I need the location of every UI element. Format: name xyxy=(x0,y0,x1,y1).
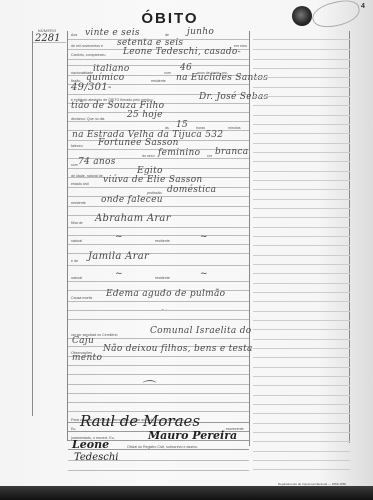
signature-declarante-1: Leone xyxy=(72,438,109,451)
rule xyxy=(68,244,249,245)
right-rule xyxy=(253,301,350,302)
field-value-pai: Abraham Arar xyxy=(95,213,171,224)
rule xyxy=(68,235,249,236)
page-mark: 4 xyxy=(361,3,365,10)
right-rule xyxy=(253,423,350,424)
field-value-profissao-falecido: doméstica xyxy=(167,185,216,195)
right-rule xyxy=(253,199,350,200)
right-rule xyxy=(253,77,350,78)
rule xyxy=(68,281,249,282)
right-rule xyxy=(253,161,350,162)
field-value-observacoes: Não deixou filhos, bens e testa- xyxy=(103,344,256,354)
rule xyxy=(68,301,249,302)
field-value-medico: Dr. José Sebas- xyxy=(199,92,272,102)
field-value-mes: junho xyxy=(187,27,214,37)
field-label: residente xyxy=(71,201,86,205)
right-rule xyxy=(253,217,350,218)
field-label: filha de xyxy=(71,221,83,225)
field-value-dash: ~ xyxy=(115,269,123,279)
left-margin-line xyxy=(32,31,33,416)
field-value-cemiterio: Comunal Israelita do xyxy=(150,326,251,336)
rule xyxy=(68,374,249,375)
rule xyxy=(68,402,249,403)
field-value-sexo: feminino xyxy=(158,148,200,158)
field-label: residente xyxy=(151,79,166,83)
field-value-dash: ~ xyxy=(160,306,168,316)
right-rule xyxy=(253,320,350,321)
right-rule xyxy=(253,236,350,237)
right-rule xyxy=(253,451,350,452)
right-rule xyxy=(253,59,350,60)
field-label: de mil novecentos e xyxy=(71,44,103,48)
field-value-dia-obito: 25 hoje xyxy=(127,110,163,120)
field-label: e de xyxy=(71,259,78,263)
right-rule xyxy=(253,348,350,349)
field-label: natural xyxy=(71,239,82,243)
right-rule xyxy=(253,227,350,228)
right-rule xyxy=(253,357,350,358)
numero-underline xyxy=(33,42,66,43)
signature-oficial: Mauro Pereira xyxy=(148,429,237,442)
field-label: Causa mortis xyxy=(71,296,92,300)
rule xyxy=(68,59,249,60)
field-label: natural xyxy=(71,276,82,280)
right-rule xyxy=(253,460,350,461)
right-rule xyxy=(253,404,350,405)
right-rule xyxy=(253,180,350,181)
field-label: de xyxy=(165,33,169,37)
field-value-mae: Jamila Arar xyxy=(88,251,149,262)
rule xyxy=(68,384,249,385)
document-title: ÓBITO xyxy=(130,10,210,27)
rule xyxy=(68,227,249,228)
field-value-dash: ~ xyxy=(200,232,208,242)
field-label: estado civil xyxy=(71,182,89,186)
right-rule xyxy=(253,189,350,190)
field-value-dia: vinte e seis xyxy=(85,28,140,38)
right-rule xyxy=(253,469,350,470)
right-rule xyxy=(253,264,350,265)
right-rule xyxy=(253,49,350,50)
numero-column-line xyxy=(67,31,68,441)
field-value-observacoes-cont: mento xyxy=(72,353,102,363)
right-rule xyxy=(253,68,350,69)
field-value-dash: ~ xyxy=(115,232,123,242)
field-value-declarante: Leone Tedeschi, casado- xyxy=(123,47,241,57)
field-value-idade-falecido: 74 anos xyxy=(78,157,116,167)
right-rule xyxy=(253,105,350,106)
right-rule xyxy=(253,133,350,134)
field-value-cor: branca xyxy=(215,147,248,157)
rule xyxy=(68,470,249,471)
field-label: com xyxy=(71,163,78,167)
stamp-scribble xyxy=(310,0,362,31)
right-rule xyxy=(253,339,350,340)
right-rule xyxy=(253,39,350,40)
right-rule xyxy=(253,413,350,414)
scan-bottom-edge xyxy=(0,486,373,500)
field-label: Cartório, compareceu xyxy=(71,53,106,57)
death-certificate-page: ÓBITO 4 NÚMERO 2281 Aos vinte e seis de … xyxy=(0,0,373,486)
right-rule xyxy=(253,376,350,377)
right-rule xyxy=(253,432,350,433)
right-rule xyxy=(253,143,350,144)
rule xyxy=(68,121,249,122)
rule xyxy=(68,338,249,339)
right-rule xyxy=(253,283,350,284)
right-rule xyxy=(253,124,350,125)
right-rule xyxy=(253,245,350,246)
field-label: residente xyxy=(155,239,170,243)
right-rule xyxy=(253,115,350,116)
field-value-residencia-falecido: onde faleceu xyxy=(101,195,163,205)
right-column-border xyxy=(349,31,350,443)
rule xyxy=(68,265,249,266)
rule xyxy=(68,187,249,188)
field-value-estado-civil: viúva de Elie Sasson xyxy=(103,175,203,185)
field-label: residente xyxy=(155,276,170,280)
coat-of-arms-seal-icon xyxy=(292,6,312,26)
right-rule xyxy=(253,171,350,172)
field-value-cemiterio-cont: Caju xyxy=(72,336,94,346)
right-rule xyxy=(253,329,350,330)
right-rule xyxy=(253,311,350,312)
field-value-dash: ~ xyxy=(200,269,208,279)
right-rule xyxy=(253,367,350,368)
right-rule xyxy=(253,152,350,153)
right-rule xyxy=(253,208,350,209)
rule xyxy=(68,310,249,311)
field-value-residencia-cont: 49/301- xyxy=(71,82,112,93)
field-value-falecido: Fortunée Sasson xyxy=(98,138,179,148)
right-rule xyxy=(253,441,350,442)
field-value-causa-mortis: Edema agudo de pulmão xyxy=(106,289,225,299)
rule xyxy=(68,206,249,207)
field-label: faleceu xyxy=(71,144,83,148)
right-rule xyxy=(253,255,350,256)
right-rule xyxy=(253,292,350,293)
rule xyxy=(68,319,249,320)
signature-declarante-2: Tedeschi xyxy=(74,452,119,463)
field-value-residencia: na Euclides Santos xyxy=(176,73,268,83)
right-rule xyxy=(253,385,350,386)
field-value-idade: 46 xyxy=(180,63,192,73)
field-value-hora: 15 xyxy=(176,120,188,130)
right-rule xyxy=(253,96,350,97)
rule xyxy=(68,393,249,394)
field-value-dash: ⌒ xyxy=(140,377,154,397)
right-rule xyxy=(253,273,350,274)
signature-escrevente: Raul de Moraes xyxy=(80,412,200,430)
rule xyxy=(68,365,249,366)
right-rule xyxy=(253,395,350,396)
right-rule xyxy=(253,87,350,88)
field-label: Aos xyxy=(71,33,77,37)
